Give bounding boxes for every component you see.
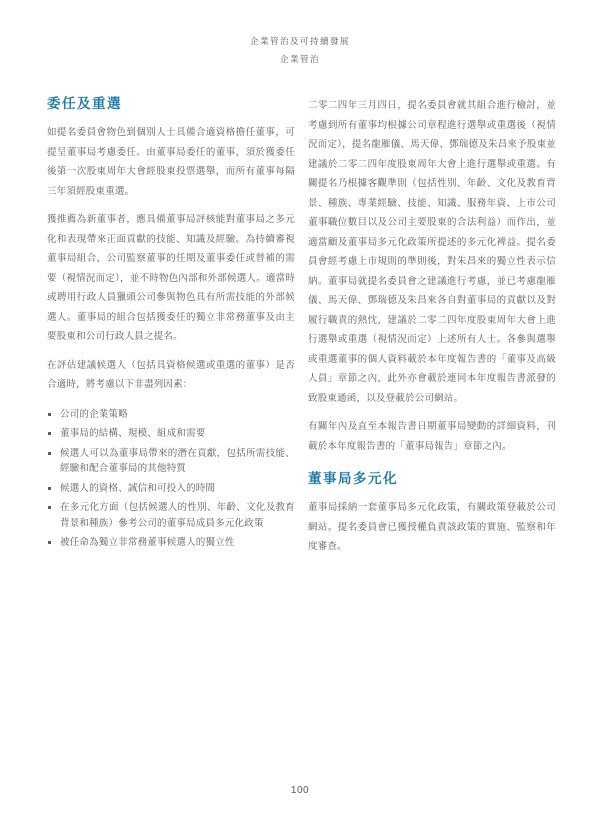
bullet-icon — [48, 487, 51, 490]
list-item: 在多元化方面（包括候選人的性別、年齡、文化及教育背景和種族）參考公司的董事局成員… — [47, 500, 295, 531]
paragraph: 董事局採納一套董事局多元化政策，有關政策登載於公司網站。提名委員會已獲授權負責該… — [308, 498, 556, 557]
paragraph: 有關年內及直至本報告書日期董事局變動的詳細資料，刊載於本年度報告書的「董事局報告… — [308, 417, 556, 456]
section-heading-board-diversity: 董事局多元化 — [308, 471, 556, 487]
page-number: 100 — [0, 785, 600, 796]
list-item: 董事局的結構、規模、組成和需要 — [47, 426, 295, 442]
list-item-text: 在多元化方面（包括候選人的性別、年齡、文化及教育背景和種族）參考公司的董事局成員… — [60, 502, 295, 529]
list-item-text: 公司的企業策略 — [60, 409, 128, 420]
bullet-icon — [48, 432, 51, 435]
bullet-icon — [48, 413, 51, 416]
section-heading-appointment: 委任及重選 — [47, 96, 295, 112]
list-item-text: 董事局的結構、規模、組成和需要 — [60, 428, 206, 439]
running-header: 企業管治及可持續發展 企業管治 — [0, 32, 600, 68]
paragraph: 獲推薦為新董事者，應具備董事局評核能對董事局之多元化和表現帶來正面貢獻的技能、知… — [47, 210, 295, 347]
factor-bullet-list: 公司的企業策略 董事局的結構、規模、組成和需要 候選人可以為董事局帶來的潛在貢獻… — [47, 407, 295, 551]
list-item: 公司的企業策略 — [47, 407, 295, 423]
list-item: 候選人的資格、誠信和可投入的時間 — [47, 481, 295, 497]
bullet-icon — [48, 541, 51, 544]
bullet-icon — [48, 452, 51, 455]
list-item: 候選人可以為董事局帶來的潛在貢獻，包括所需技能、經驗和配合董事局的其他特質 — [47, 446, 295, 477]
list-item: 被任命為獨立非常務董事候選人的獨立性 — [47, 535, 295, 551]
document-page: 企業管治及可持續發展 企業管治 委任及重選 如提名委員會物色到個別人士具備合適資… — [0, 0, 600, 814]
page-content: 委任及重選 如提名委員會物色到個別人士具備合適資格擔任董事，可提呈董事局考慮委任… — [47, 96, 555, 557]
list-item-text: 被任命為獨立非常務董事候選人的獨立性 — [60, 537, 235, 548]
header-title-line2: 企業管治 — [0, 50, 600, 68]
list-item-text: 候選人的資格、誠信和可投入的時間 — [60, 483, 215, 494]
paragraph: 如提名委員會物色到個別人士具備合適資格擔任董事，可提呈董事局考慮委任。由董事局委… — [47, 123, 295, 201]
right-column: 二零二四年三月四日，提名委員會就其組合進行檢討，並考慮到所有董事均根據公司章程進… — [308, 96, 556, 557]
paragraph: 在評估建議候選人（包括具資格候選或重選的董事）是否合適時，將考慮以下非盡列因素： — [47, 356, 295, 395]
paragraph: 二零二四年三月四日，提名委員會就其組合進行檢討，並考慮到所有董事均根據公司章程進… — [308, 96, 556, 408]
header-title-line1: 企業管治及可持續發展 — [0, 32, 600, 50]
left-column: 委任及重選 如提名委員會物色到個別人士具備合適資格擔任董事，可提呈董事局考慮委任… — [47, 96, 295, 557]
bullet-icon — [48, 506, 51, 509]
list-item-text: 候選人可以為董事局帶來的潛在貢獻，包括所需技能、經驗和配合董事局的其他特質 — [60, 448, 295, 475]
